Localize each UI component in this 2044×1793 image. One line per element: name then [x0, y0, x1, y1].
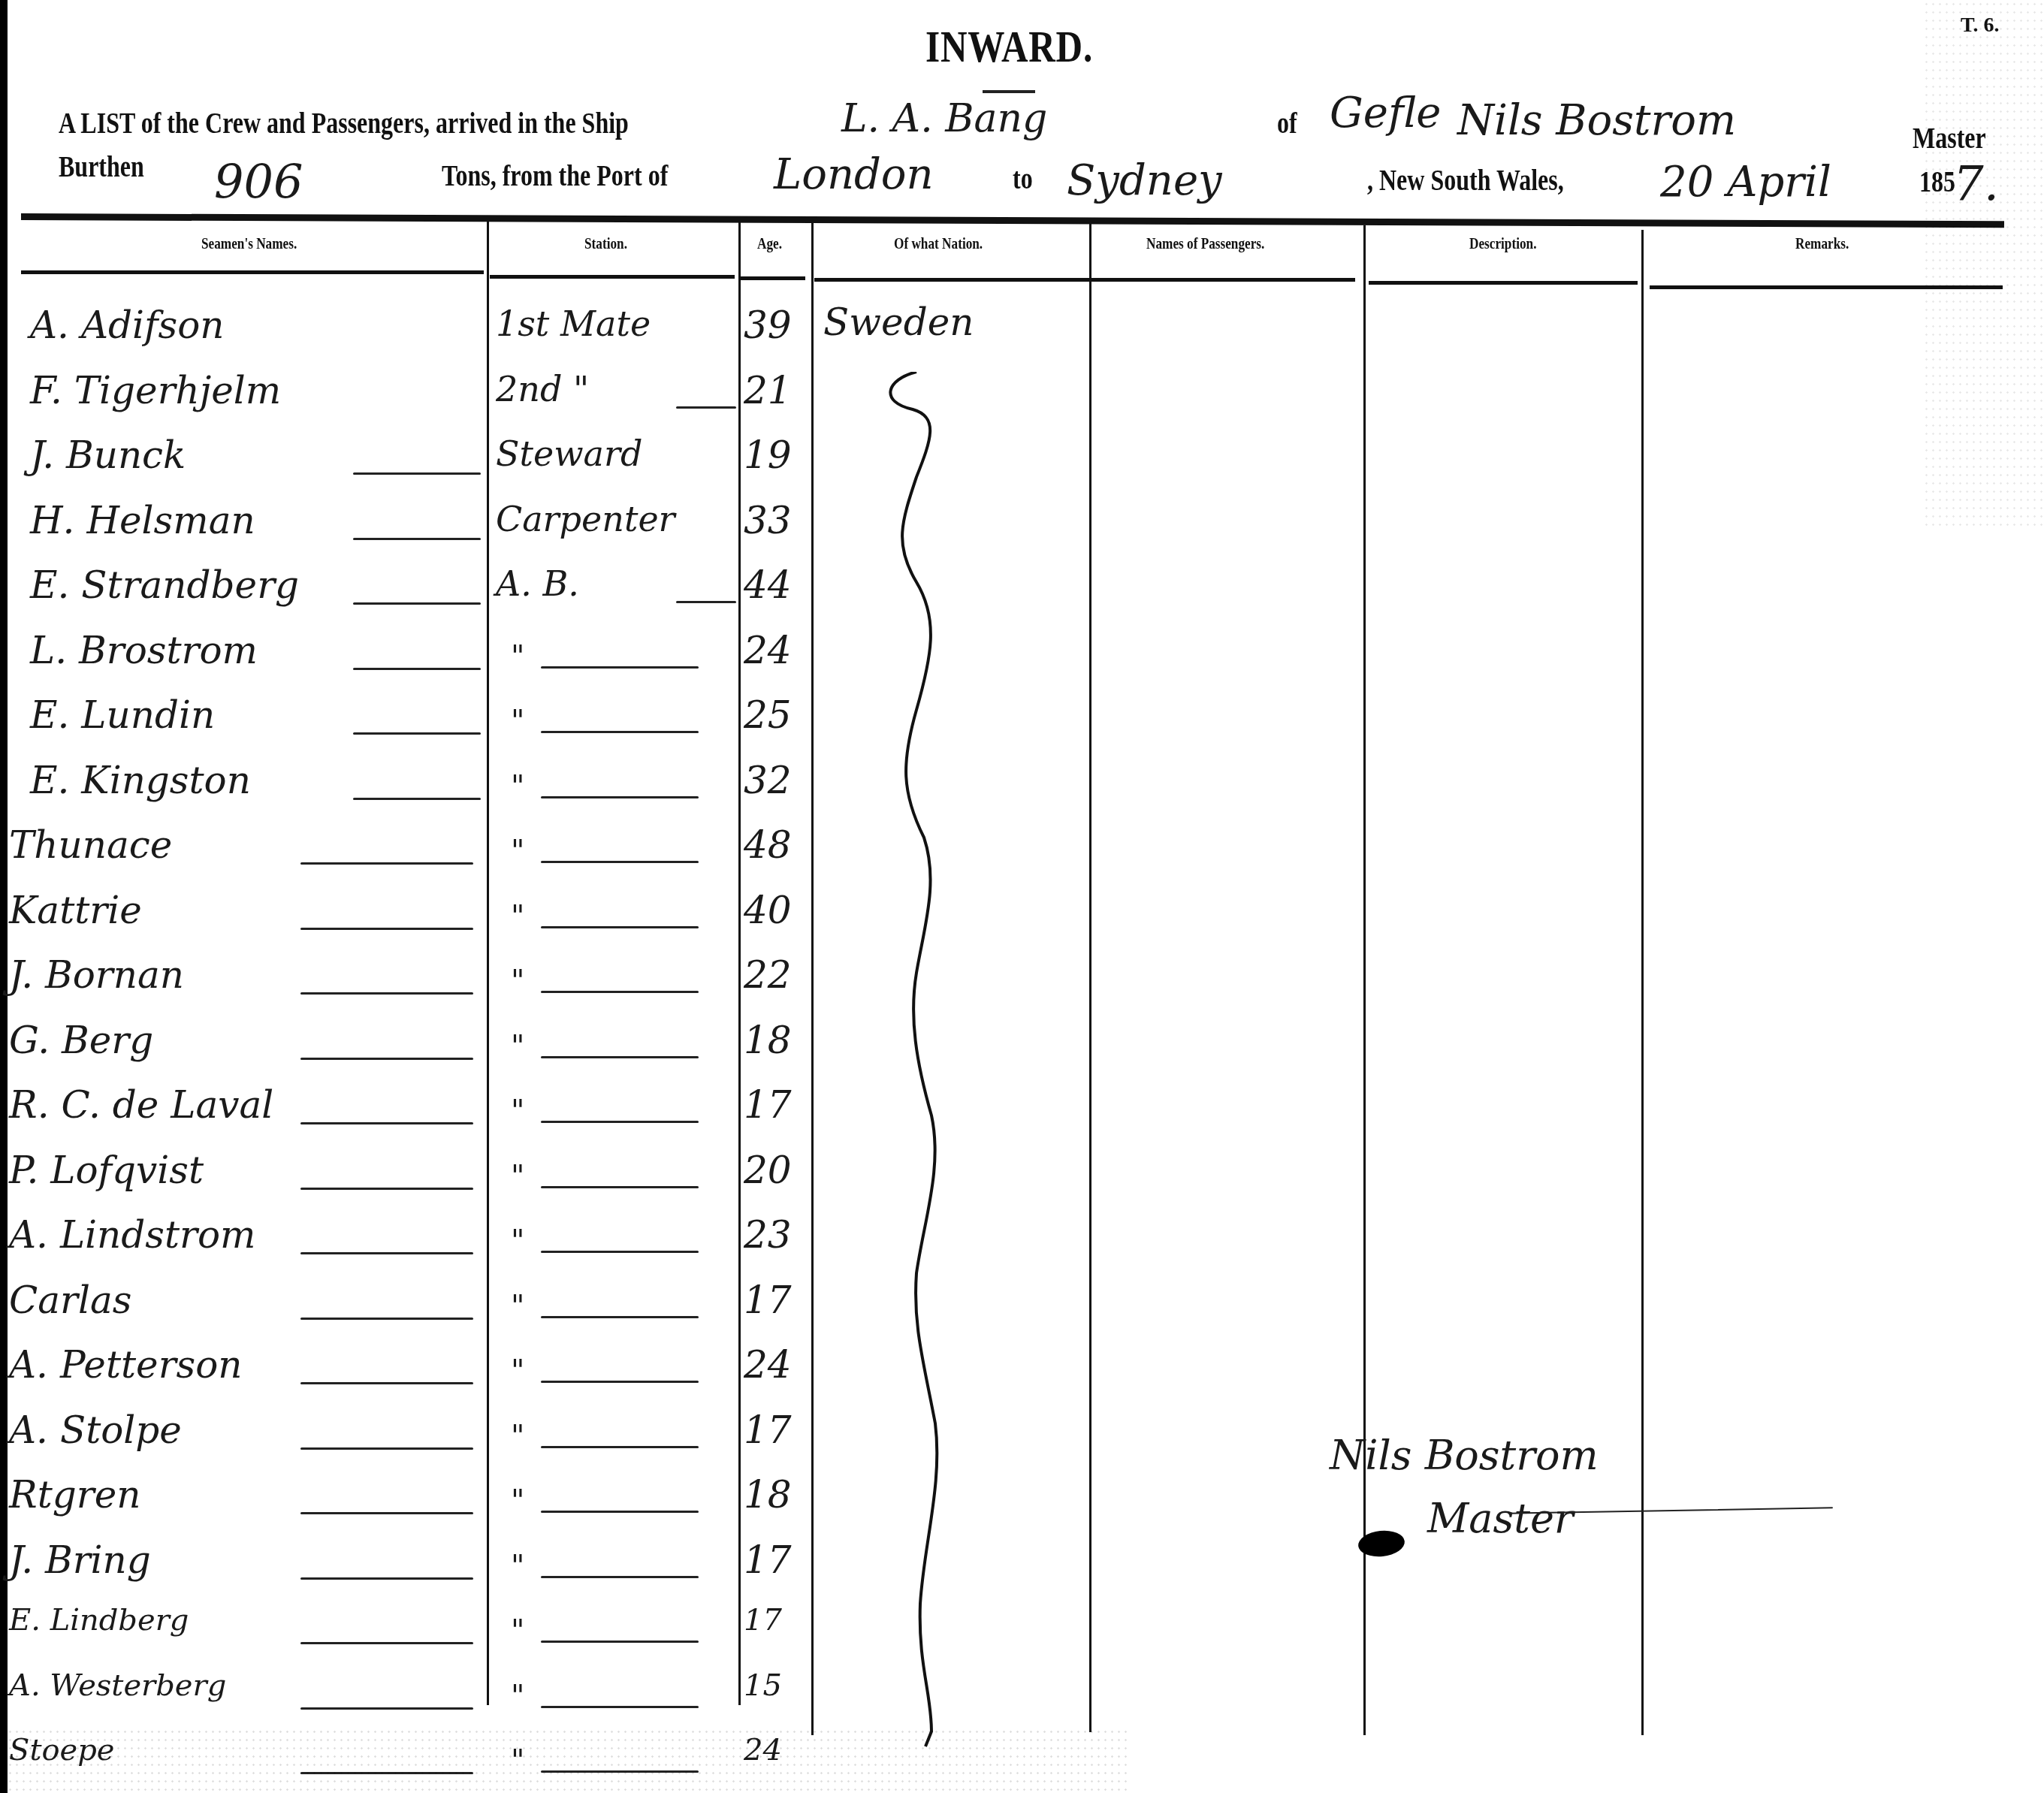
fill-dash: [541, 1706, 699, 1708]
seaman-name: E. Strandberg: [30, 563, 299, 607]
seaman-name: R. C. de Laval: [9, 1083, 273, 1127]
fill-dash: [300, 1707, 473, 1710]
age-cell: 23: [744, 1213, 792, 1257]
seaman-name: P. Lofqvist: [9, 1149, 204, 1192]
fill-dash: [353, 472, 481, 475]
fill-dash: [541, 926, 699, 928]
seaman-name: L. Brostrom: [30, 629, 258, 672]
ditto-squiggle-icon: [871, 372, 962, 1754]
fill-dash: [541, 1641, 699, 1643]
station-cell: ": [511, 769, 524, 804]
seaman-name: Kattrie: [9, 889, 142, 932]
document-title: INWARD.: [925, 21, 1093, 73]
tons-from-port-label: Tons, from the Port of: [442, 158, 668, 193]
col-header-age: Age.: [757, 234, 782, 253]
fill-dash: [353, 798, 481, 800]
fill-dash: [541, 666, 699, 669]
col-divider-4: [1089, 222, 1091, 1732]
of-label: of: [1277, 105, 1297, 140]
seaman-name: Rtgren: [9, 1473, 140, 1517]
seaman-name: A. Adifson: [30, 303, 224, 347]
station-cell: ": [511, 639, 524, 674]
header-line1-prefix: A LIST of the Crew and Passengers, arriv…: [59, 105, 629, 140]
col-divider-3: [811, 218, 814, 1735]
station-cell: A. B.: [496, 563, 579, 604]
col-rule-age: [741, 276, 805, 280]
age-cell: 20: [744, 1149, 792, 1192]
station-cell: ": [511, 964, 524, 998]
col-rule-nation-passengers: [814, 278, 1355, 282]
fill-dash: [300, 1512, 473, 1514]
station-cell: ": [511, 1419, 524, 1453]
col-header-station: Station.: [584, 234, 627, 253]
col-divider-6: [1641, 230, 1644, 1735]
seaman-name: A. Westerberg: [9, 1668, 226, 1703]
fill-dash: [300, 1188, 473, 1190]
age-cell: 19: [744, 433, 792, 477]
fill-dash: [541, 1576, 699, 1578]
col-header-remarks: Remarks.: [1795, 234, 1849, 253]
seaman-name: A. Stolpe: [9, 1408, 182, 1452]
fill-dash: [541, 1121, 699, 1123]
master-name: Nils Bostrom: [1457, 96, 1736, 145]
seaman-name: J. Bring: [9, 1538, 151, 1582]
nsw-label: , New South Wales,: [1367, 162, 1564, 198]
header-thick-rule: [21, 213, 2004, 228]
station-cell: ": [511, 1354, 524, 1388]
station-cell: Steward: [496, 433, 642, 474]
station-cell: ": [511, 1613, 524, 1648]
seaman-name: E. Kingston: [30, 759, 251, 802]
station-cell: ": [511, 834, 524, 868]
signature-name: Nils Bostrom: [1330, 1432, 1599, 1479]
fill-dash: [300, 1447, 473, 1450]
seaman-name: E. Lundin: [30, 693, 215, 737]
station-cell: ": [511, 1094, 524, 1128]
scan-noise: [0, 1728, 1127, 1793]
col-header-nation: Of what Nation.: [894, 234, 983, 253]
fill-dash: [353, 602, 481, 605]
seaman-name: J. Bornan: [9, 953, 184, 997]
col-rule-description: [1369, 281, 1638, 285]
fill-dash: [300, 1642, 473, 1644]
fill-dash: [300, 992, 473, 995]
signature-title: Master: [1427, 1495, 1574, 1542]
col-divider-5: [1363, 225, 1366, 1735]
seaman-name: Thunace: [9, 823, 172, 867]
seaman-name: E. Lindberg: [9, 1603, 189, 1638]
fill-dash: [541, 1446, 699, 1448]
col-rule-station: [490, 275, 735, 279]
fill-dash: [541, 1381, 699, 1383]
station-cell: ": [511, 1549, 524, 1583]
fill-dash: [676, 406, 736, 409]
age-cell: 44: [744, 563, 792, 607]
age-cell: 40: [744, 889, 792, 932]
age-cell: 32: [744, 759, 792, 802]
age-cell: 24: [744, 1343, 792, 1387]
seaman-name: A. Petterson: [9, 1343, 243, 1387]
seaman-name: J. Bunck: [30, 433, 186, 477]
fill-dash: [541, 1511, 699, 1513]
fill-dash: [353, 538, 481, 540]
burthen-label: Burthen: [59, 149, 144, 184]
seaman-name: H. Helsman: [30, 499, 255, 542]
scan-left-edge: [0, 0, 8, 1793]
age-cell: 48: [744, 823, 792, 867]
ship-name: L. A. Bang: [841, 96, 1047, 141]
station-cell: ": [511, 704, 524, 738]
age-cell: 39: [744, 303, 792, 347]
station-cell: ": [511, 1029, 524, 1064]
fill-dash: [300, 1382, 473, 1384]
fill-dash: [541, 861, 699, 863]
fill-dash: [676, 601, 736, 603]
station-cell: 1st Mate: [496, 303, 651, 344]
age-cell: 17: [744, 1408, 792, 1452]
title-underline: [983, 90, 1035, 93]
col-header-seamens-names: Seamen's Names.: [201, 234, 297, 253]
col-divider-2: [738, 218, 741, 1705]
station-cell: ": [511, 899, 524, 934]
scan-noise: [1923, 0, 2044, 526]
station-cell: ": [511, 1289, 524, 1324]
age-cell: 21: [744, 369, 792, 412]
fill-dash: [300, 1577, 473, 1580]
age-cell: 17: [744, 1278, 792, 1322]
to-label: to: [1013, 161, 1033, 196]
fill-dash: [541, 1056, 699, 1058]
seaman-name: Carlas: [9, 1278, 131, 1322]
seaman-name: G. Berg: [9, 1019, 153, 1062]
fill-dash: [300, 928, 473, 930]
fill-dash: [541, 1251, 699, 1253]
fill-dash: [300, 1252, 473, 1254]
age-cell: 15: [744, 1668, 782, 1703]
station-cell: Carpenter: [496, 499, 675, 539]
seaman-name: F. Tigerhjelm: [30, 369, 281, 412]
station-cell: ": [511, 1679, 524, 1713]
col-header-description: Description.: [1469, 234, 1536, 253]
age-cell: 25: [744, 693, 792, 737]
station-cell: 2nd ": [496, 369, 589, 409]
station-cell: ": [511, 1224, 524, 1258]
from-port: London: [774, 150, 934, 199]
col-divider-1: [487, 218, 489, 1705]
station-cell: ": [511, 1484, 524, 1518]
fill-dash: [541, 796, 699, 798]
age-cell: 17: [744, 1083, 792, 1127]
home-port: Gefle: [1330, 89, 1441, 137]
nation-cell: Sweden: [823, 300, 974, 344]
col-rule-names: [21, 270, 484, 274]
fill-dash: [300, 862, 473, 865]
age-cell: 17: [744, 1603, 782, 1638]
fill-dash: [300, 1318, 473, 1320]
age-cell: 33: [744, 499, 792, 542]
fill-dash: [353, 668, 481, 670]
age-cell: 24: [744, 629, 792, 672]
fill-dash: [541, 1186, 699, 1188]
fill-dash: [300, 1058, 473, 1060]
station-cell: ": [511, 1159, 524, 1194]
fill-dash: [353, 732, 481, 735]
arrival-date: 20 April: [1660, 158, 1831, 207]
fill-dash: [541, 731, 699, 733]
age-cell: 22: [744, 953, 792, 997]
seaman-name: A. Lindstrom: [9, 1213, 255, 1257]
age-cell: 17: [744, 1538, 792, 1582]
fill-dash: [541, 991, 699, 993]
to-port: Sydney: [1067, 156, 1222, 205]
age-cell: 18: [744, 1019, 792, 1062]
col-header-passengers: Names of Passengers.: [1146, 234, 1264, 253]
burthen-value: 906: [214, 154, 303, 209]
age-cell: 18: [744, 1473, 792, 1517]
fill-dash: [300, 1122, 473, 1124]
fill-dash: [541, 1316, 699, 1318]
